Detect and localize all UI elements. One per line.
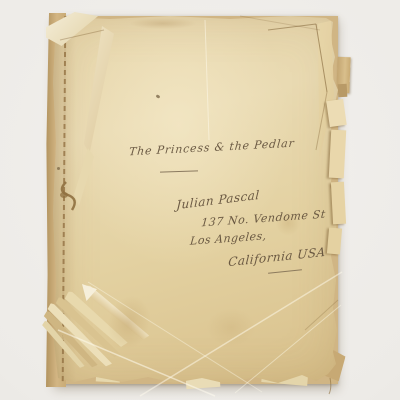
photograph-background: The Princess & the Pedlar Julian Pascal … — [0, 0, 400, 400]
torn-chip-right-edge — [329, 130, 346, 179]
torn-chip-right-edge — [331, 182, 346, 225]
paper-tab-notch — [338, 84, 348, 97]
torn-chip-right-edge — [327, 227, 342, 254]
ink-speck — [57, 167, 60, 170]
torn-chip-right-edge — [326, 99, 346, 127]
